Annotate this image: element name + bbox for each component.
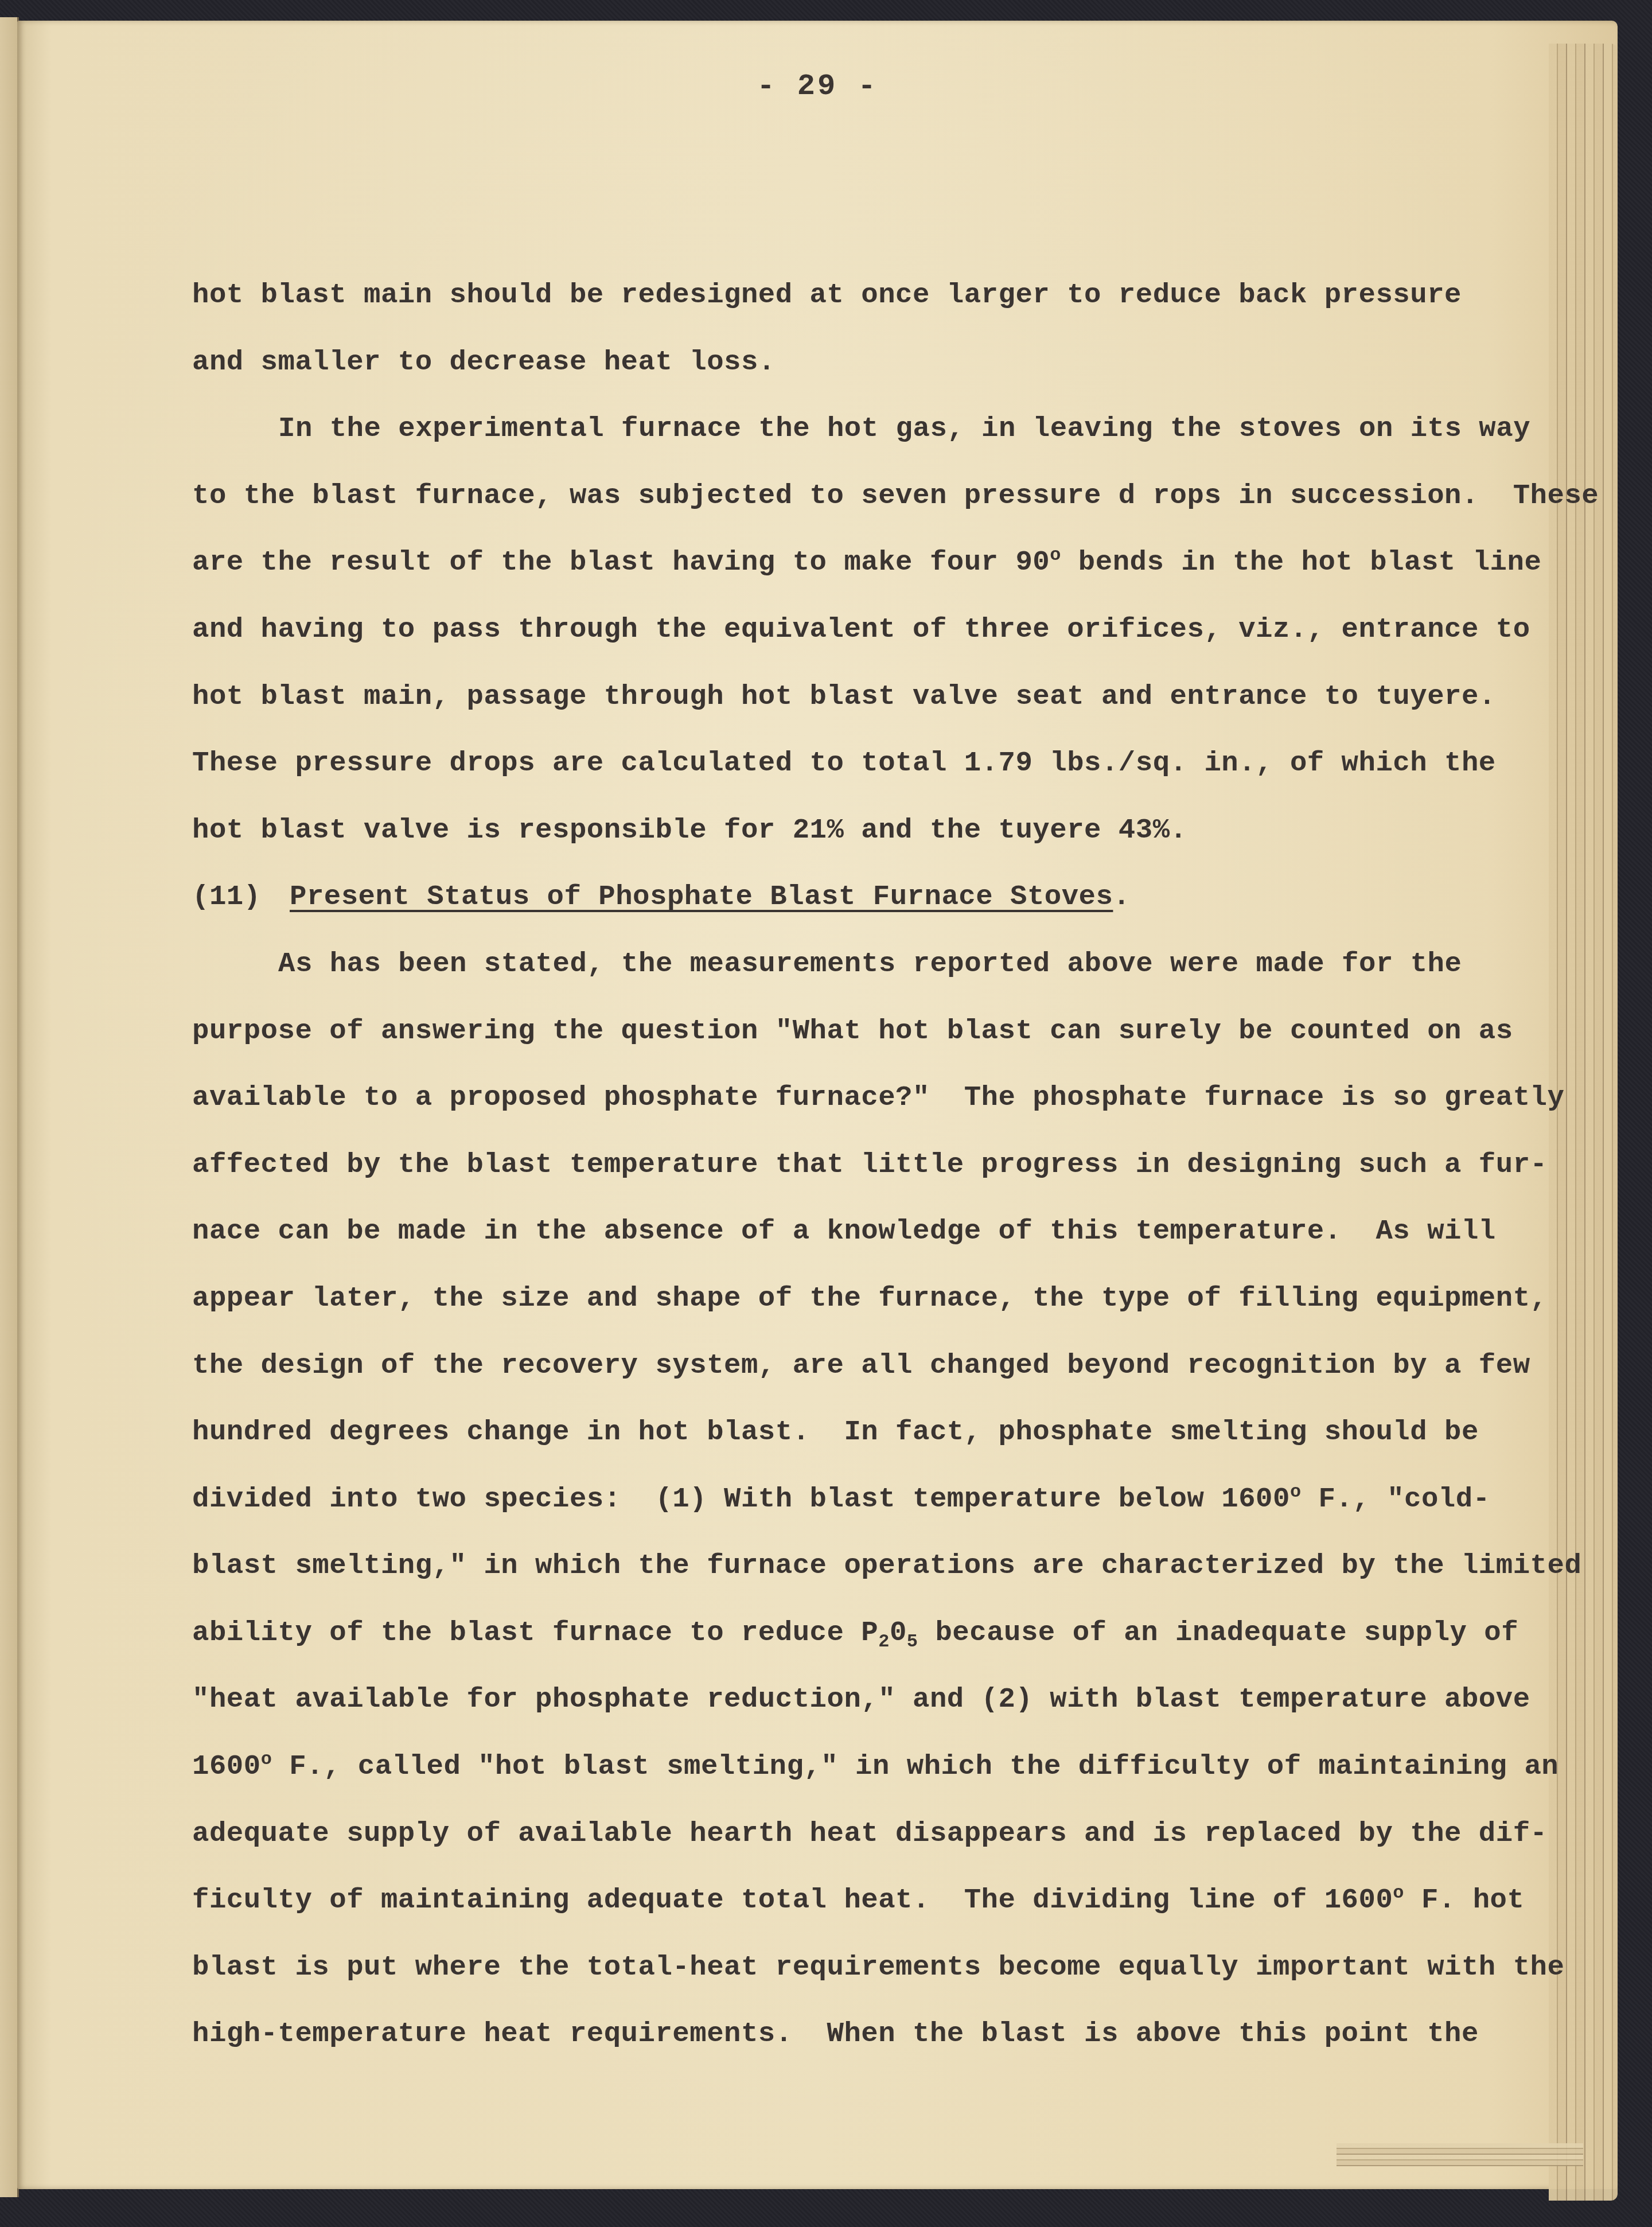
text-run: because of an inadequate supply of bbox=[918, 1617, 1519, 1649]
text-line: adequate supply of available hearth heat… bbox=[192, 1800, 1586, 1867]
text-run: 0 bbox=[890, 1617, 907, 1649]
text-line: appear later, the size and shape of the … bbox=[192, 1265, 1586, 1332]
text-run: are the result of the blast having to ma… bbox=[192, 546, 1050, 578]
text-line: to the blast furnace, was subjected to s… bbox=[192, 462, 1586, 530]
text-run: "heat available for phosphate reduction,… bbox=[192, 1683, 1530, 1715]
text-line: divided into two species: (1) With blast… bbox=[192, 1466, 1586, 1533]
section-number: (11) bbox=[192, 863, 290, 930]
text-run: blast is put where the total-heat requir… bbox=[192, 1951, 1564, 1983]
superscript-degree: o bbox=[1050, 544, 1061, 566]
text-run: As has been stated, the measurements rep… bbox=[278, 948, 1462, 980]
text-run: purpose of answering the question "What … bbox=[192, 1015, 1513, 1047]
text-run: available to a proposed phosphate furnac… bbox=[192, 1081, 1564, 1113]
page-number: - 29 - bbox=[17, 69, 1618, 103]
text-line: In the experimental furnace the hot gas,… bbox=[192, 395, 1586, 462]
text-run: bends in the hot blast line bbox=[1061, 546, 1541, 578]
text-run: hundred degrees change in hot blast. In … bbox=[192, 1416, 1479, 1448]
superscript-degree: o bbox=[1290, 1481, 1302, 1502]
section-heading: (11)Present Status of Phosphate Blast Fu… bbox=[192, 863, 1586, 930]
text-line: and smaller to decrease heat loss. bbox=[192, 329, 1586, 396]
text-run: F., called "hot blast smelting," in whic… bbox=[272, 1750, 1559, 1782]
text-line: blast is put where the total-heat requir… bbox=[192, 1934, 1586, 2001]
superscript-degree: o bbox=[1393, 1882, 1404, 1903]
text-run: hot blast main, passage through hot blas… bbox=[192, 680, 1496, 713]
text-line: 1600o F., called "hot blast smelting," i… bbox=[192, 1733, 1586, 1800]
text-run: nace can be made in the absence of a kno… bbox=[192, 1215, 1496, 1247]
text-line: high-temperature heat requirements. When… bbox=[192, 2000, 1586, 2068]
text-run: hot blast valve is responsible for 21% a… bbox=[192, 814, 1187, 846]
text-run: ficulty of maintaining adequate total he… bbox=[192, 1884, 1393, 1916]
text-line: hot blast valve is responsible for 21% a… bbox=[192, 797, 1586, 864]
text-run: and smaller to decrease heat loss. bbox=[192, 346, 776, 378]
previous-page-edge bbox=[0, 17, 19, 2197]
text-run: affected by the blast temperature that l… bbox=[192, 1148, 1547, 1181]
text-run: high-temperature heat requirements. When… bbox=[192, 2018, 1479, 2050]
text-line: ficulty of maintaining adequate total he… bbox=[192, 1867, 1586, 1934]
text-line: purpose of answering the question "What … bbox=[192, 998, 1586, 1065]
text-line: blast smelting," in which the furnace op… bbox=[192, 1532, 1586, 1599]
section-title-period: . bbox=[1113, 881, 1130, 913]
text-run: divided into two species: (1) With blast… bbox=[192, 1483, 1290, 1515]
document-page: - 29 - hot blast main should be redesign… bbox=[17, 21, 1618, 2189]
text-line: ability of the blast furnace to reduce P… bbox=[192, 1599, 1586, 1667]
text-run: the design of the recovery system, are a… bbox=[192, 1349, 1530, 1381]
text-line: available to a proposed phosphate furnac… bbox=[192, 1064, 1586, 1131]
text-line: and having to pass through the equivalen… bbox=[192, 596, 1586, 663]
text-run: These pressure drops are calculated to t… bbox=[192, 747, 1496, 779]
text-line: "heat available for phosphate reduction,… bbox=[192, 1666, 1586, 1733]
text-line: hot blast main, passage through hot blas… bbox=[192, 663, 1586, 730]
text-run: ability of the blast furnace to reduce P bbox=[192, 1617, 878, 1649]
superscript-degree: o bbox=[261, 1749, 272, 1770]
subscript: 5 bbox=[907, 1631, 918, 1652]
text-run: blast smelting," in which the furnace op… bbox=[192, 1549, 1581, 1582]
text-run: and having to pass through the equivalen… bbox=[192, 613, 1530, 645]
text-line: These pressure drops are calculated to t… bbox=[192, 730, 1586, 797]
text-run: F. hot bbox=[1404, 1884, 1524, 1916]
text-line: affected by the blast temperature that l… bbox=[192, 1131, 1586, 1198]
page-stack-edge-bottom bbox=[1337, 2143, 1583, 2166]
text-line: As has been stated, the measurements rep… bbox=[192, 930, 1586, 998]
text-run: appear later, the size and shape of the … bbox=[192, 1282, 1547, 1314]
text-run: 1600 bbox=[192, 1750, 261, 1782]
text-line: hot blast main should be redesigned at o… bbox=[192, 262, 1586, 329]
body-text: hot blast main should be redesigned at o… bbox=[192, 262, 1586, 2068]
text-run: to the blast furnace, was subjected to s… bbox=[192, 480, 1599, 512]
text-run: hot blast main should be redesigned at o… bbox=[192, 279, 1462, 311]
text-line: hundred degrees change in hot blast. In … bbox=[192, 1399, 1586, 1466]
text-line: the design of the recovery system, are a… bbox=[192, 1332, 1586, 1399]
text-run: F., "cold- bbox=[1302, 1483, 1490, 1515]
text-run: In the experimental furnace the hot gas,… bbox=[278, 412, 1530, 445]
subscript: 2 bbox=[878, 1631, 890, 1652]
text-line: nace can be made in the absence of a kno… bbox=[192, 1198, 1586, 1265]
section-title: Present Status of Phosphate Blast Furnac… bbox=[290, 881, 1113, 913]
text-line: are the result of the blast having to ma… bbox=[192, 529, 1586, 596]
text-run: adequate supply of available hearth heat… bbox=[192, 1817, 1547, 1850]
